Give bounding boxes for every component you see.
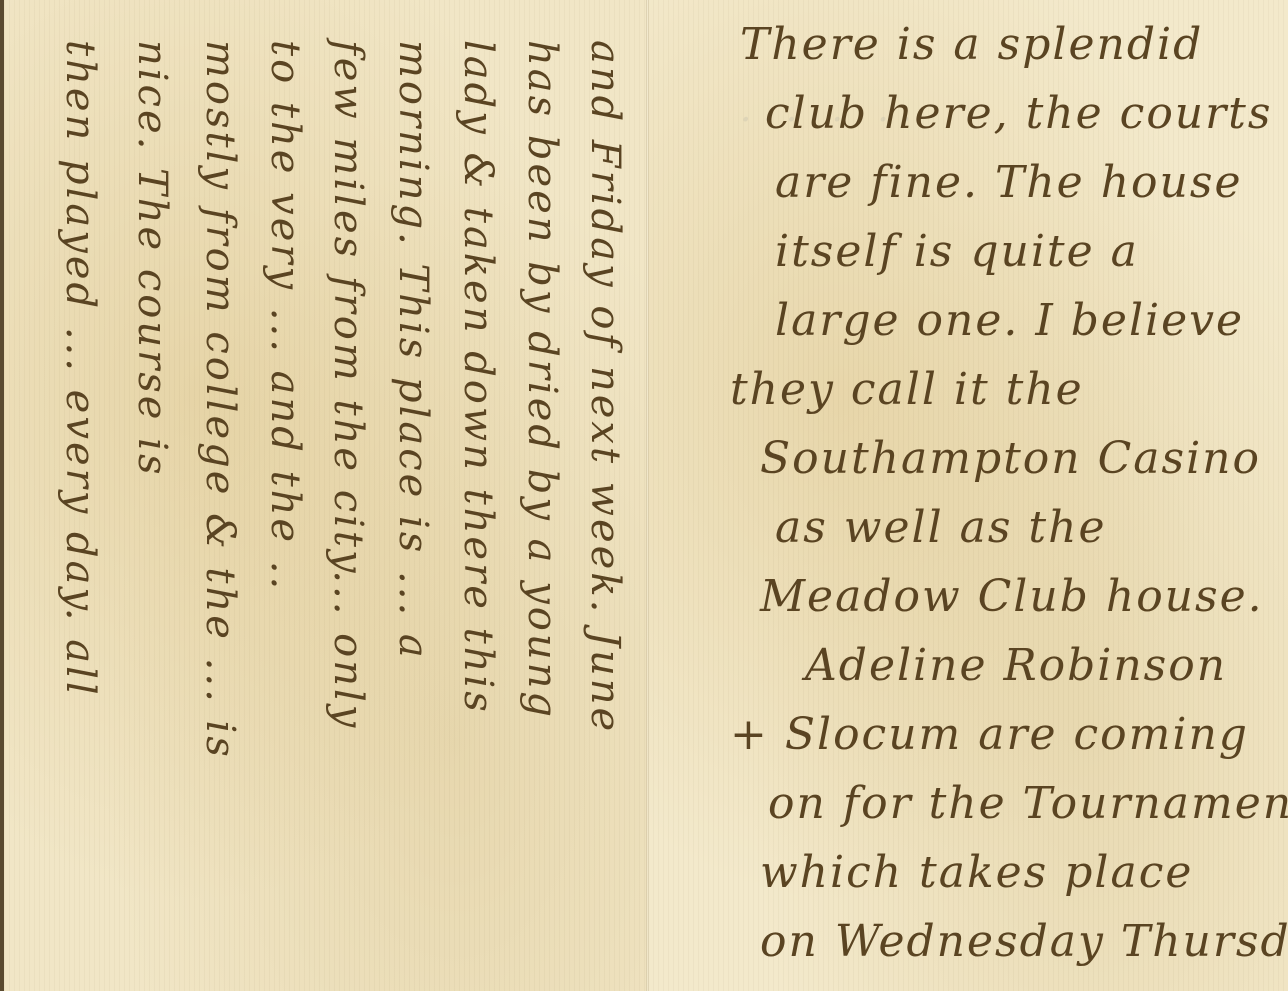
left-line: morning. This place is ... a	[383, 40, 443, 970]
right-line: on for the Tournament	[730, 769, 1288, 838]
right-line: they call it the	[730, 355, 1288, 424]
left-line: to the very ... and the ..	[255, 40, 315, 970]
right-line: large one. I believe	[730, 286, 1288, 355]
left-line: and Friday of next week. June	[575, 40, 635, 970]
right-page-text: There is a splendid club here, the court…	[730, 10, 1288, 976]
right-line: There is a splendid	[730, 10, 1288, 79]
left-line: lady & taken down there this	[448, 40, 508, 970]
right-line: Adeline Robinson	[730, 631, 1288, 700]
left-line: few miles from the city... only	[318, 40, 378, 970]
right-line: Meadow Club house.	[730, 562, 1288, 631]
right-line: on Wednesday Thursday	[730, 907, 1288, 976]
right-line: Southampton Casino	[730, 424, 1288, 493]
right-line: which takes place	[730, 838, 1288, 907]
right-line: itself is quite a	[730, 217, 1288, 286]
left-page-text: and Friday of next week. June has been b…	[0, 0, 648, 991]
left-line: mostly from college & the ... is	[190, 40, 250, 970]
right-line: are fine. The house	[730, 148, 1288, 217]
right-line: + Slocum are coming	[730, 700, 1288, 769]
right-line: as well as the	[730, 493, 1288, 562]
left-line: nice. The course is	[122, 40, 182, 970]
right-line: club here, the courts	[730, 79, 1288, 148]
left-line: then played ... every day. all	[50, 40, 110, 970]
left-line: has been by dried by a young	[512, 40, 572, 970]
